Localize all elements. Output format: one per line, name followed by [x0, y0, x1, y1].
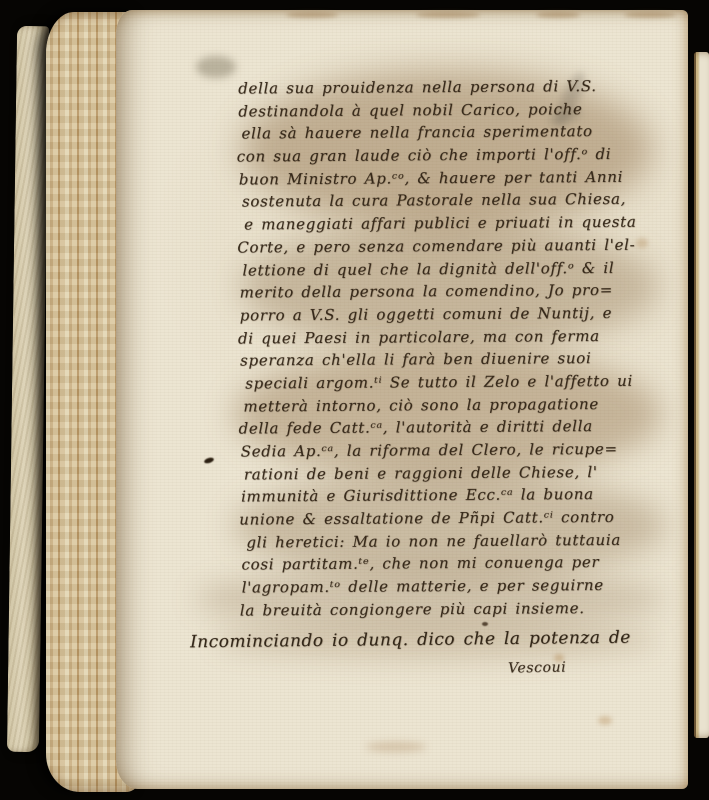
manuscript-line: della fede Catt.ᶜᵃ, l'autorità e diritti… — [238, 415, 670, 441]
manuscript-line: cosi partitam.ᵗᵉ, che non mi conuenga pe… — [241, 551, 671, 577]
manuscript-line: della sua prouidenza nella persona di V.… — [238, 75, 668, 101]
manuscript-line: destinandola à quel nobil Carico, poiche — [238, 97, 668, 123]
manuscript-line: metterà intorno, ciò sono la propagation… — [243, 392, 670, 418]
manuscript-line: Sedia Ap.ᶜᵃ, la riforma del Clero, le ri… — [241, 437, 671, 463]
smudge-top — [196, 56, 236, 78]
manuscript-line: immunità e Giurisdittione Ecc.ᶜᵃ la buon… — [241, 483, 671, 509]
manuscript-line: unione & essaltatione de Pñpi Catt.ᶜⁱ co… — [239, 506, 671, 532]
foxing-spot — [366, 742, 426, 752]
manuscript-text: della sua prouidenza nella persona di V.… — [238, 75, 672, 622]
ink-speck — [482, 622, 488, 626]
manuscript-line: speciali argom.ᵗⁱ Se tutto il Zelo e l'a… — [245, 369, 670, 395]
manuscript-page: della sua prouidenza nella persona di V.… — [116, 10, 688, 789]
manuscript-line: lettione di quel che la dignità dell'off… — [242, 256, 669, 282]
ink-speck — [203, 457, 214, 465]
manuscript-line: speranza ch'ella li farà ben diuenire su… — [240, 347, 670, 373]
top-edge-stain — [286, 12, 338, 18]
manuscript-line: rationi de beni e raggioni delle Chiese,… — [244, 460, 671, 486]
catchword: Vescoui — [508, 659, 567, 676]
manuscript-photo: della sua prouidenza nella persona di V.… — [0, 0, 709, 800]
manuscript-line: sostenuta la cura Pastorale nella sua Ch… — [242, 188, 669, 214]
manuscript-line: Corte, e pero senza comendare più auanti… — [237, 233, 669, 259]
manuscript-line: gli heretici: Ma io non ne fauellarò tut… — [246, 528, 671, 554]
manuscript-line: l'agropam.ᵗᵒ delle matterie, e per segui… — [242, 574, 672, 600]
manuscript-line: ella sà hauere nella francia sperimentat… — [241, 120, 668, 146]
manuscript-line: merito della persona la comendino, Jo pr… — [240, 279, 670, 305]
next-page-edge — [694, 52, 709, 738]
manuscript-line: di quei Paesi in particolare, ma con fer… — [238, 324, 670, 350]
top-edge-stain — [536, 12, 580, 18]
top-edge-stain — [416, 12, 480, 18]
foxing-spot — [598, 716, 612, 725]
book-cover-edge — [7, 26, 49, 752]
top-edge-stain — [624, 12, 676, 18]
manuscript-line: con sua gran laude ciò che importi l'off… — [237, 143, 669, 169]
manuscript-line: buon Ministro Ap.ᶜᵒ, & hauere per tanti … — [239, 165, 669, 191]
manuscript-line: la breuità congiongere più capi insieme. — [240, 596, 672, 622]
manuscript-line: porro a V.S. gli oggetti comuni de Nunti… — [240, 301, 670, 327]
manuscript-line: e maneggiati affari publici e priuati in… — [244, 211, 669, 237]
